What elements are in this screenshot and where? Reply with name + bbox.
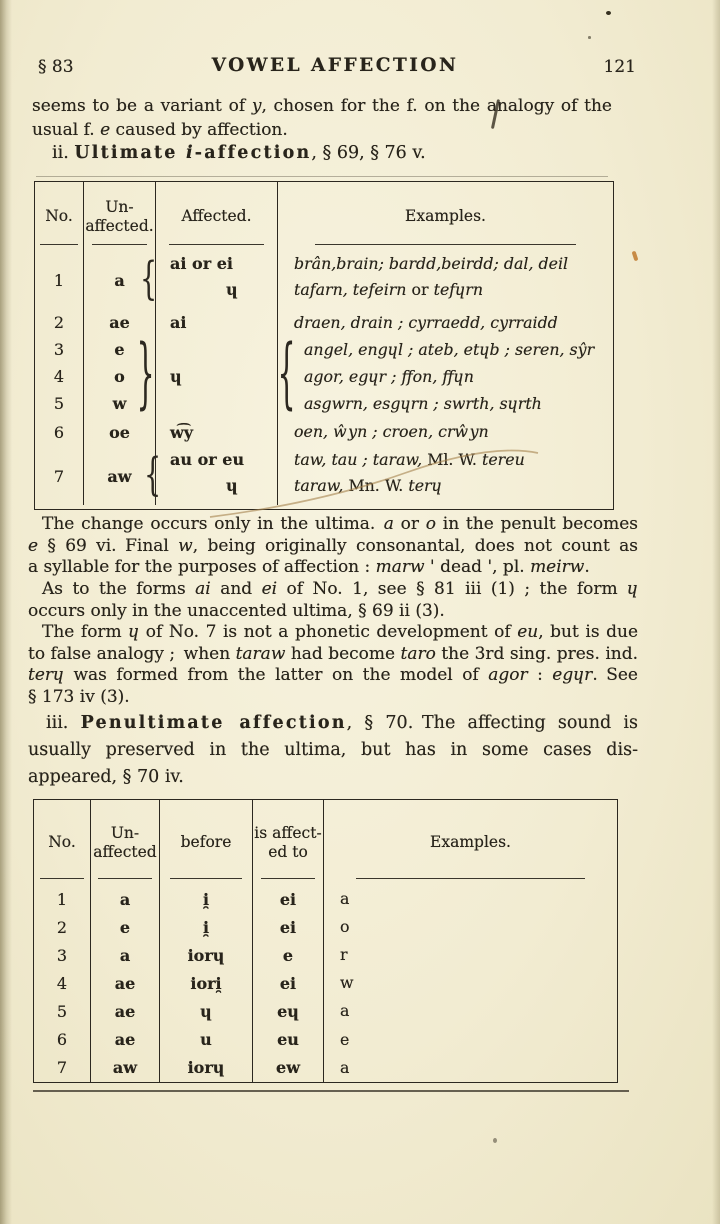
text-line: e § 69 vi. Final w, being originally con… <box>28 536 638 558</box>
cell-affected-to: ei <box>253 969 324 997</box>
text-line: The change occurs only in the ultima. a … <box>28 514 638 536</box>
example-line: brân,brain; bardd,beirdd; dal, deil <box>294 251 568 277</box>
example-line: a <box>340 886 349 912</box>
cell-examples: r <box>324 941 617 969</box>
text-line: to false analogy ; when taraw had become… <box>28 644 638 666</box>
example-line: tafarn, tefeirn or tefɥrn <box>294 277 483 303</box>
paragraph-form-y-no7: The form ɥ of No. 7 is not a phonetic de… <box>28 622 638 709</box>
cell-unaffected: e <box>91 913 160 941</box>
cell-before: i̯ <box>160 913 253 941</box>
text-line: usual f. e caused by affection. <box>32 118 612 142</box>
brace: { <box>140 258 157 303</box>
text-line: The form ɥ of No. 7 is not a phonetic de… <box>28 622 638 644</box>
text-line: seems to be a variant of y, chosen for t… <box>32 94 612 118</box>
cell-affected-to: eɥ <box>253 997 324 1025</box>
cell-affected-to: ei <box>253 913 324 941</box>
cell-unaffected: a <box>91 941 160 969</box>
column-header-no: No. <box>34 800 91 885</box>
page-header: § 83 VOWEL AFFECTION 121 <box>30 55 640 81</box>
header-text: ed to <box>268 843 308 862</box>
example-line: w <box>340 970 354 996</box>
header-text: Un- <box>111 824 139 843</box>
brace: { <box>144 454 161 499</box>
cell-no: 6 <box>34 1025 91 1053</box>
text-line: As to the forms ai and ei of No. 1, see … <box>28 579 638 601</box>
cell-no: 2 <box>35 309 84 336</box>
cell-before: i or i̯ <box>160 969 253 997</box>
column-header-examples: Examples. <box>324 800 617 885</box>
page-edge-shadow <box>0 0 12 1224</box>
column-header-unaffected: Un-affected <box>91 800 160 885</box>
cell-examples: asgwrn, esgɥrn ; swrth, sɥrth <box>278 390 613 417</box>
example-line: draen, drain ; cyrraedd, cyrraidd <box>294 310 558 336</box>
brace: } <box>136 338 154 415</box>
book-page: § 83 VOWEL AFFECTION 121 seems to be a v… <box>0 0 720 1224</box>
cell-affected-to: ei <box>253 885 324 913</box>
cell-affected: ai or ei ɥ <box>156 251 278 309</box>
heading-line: iii. Penultimate affection, § 70. The af… <box>28 710 638 737</box>
cell-examples: oen, ŵyn ; croen, crŵyn <box>278 417 613 447</box>
example-line: taraw, Mn. W. terɥ <box>294 473 442 499</box>
affected-line: ɥ <box>170 473 238 499</box>
cell-unaffected: ae <box>91 969 160 997</box>
cell-affected-to: eu <box>253 1025 324 1053</box>
cell-affected-empty <box>156 336 278 363</box>
table1-top-hairline <box>36 176 608 177</box>
cell-affected-empty <box>156 390 278 417</box>
cell-unaffected: a <box>91 885 160 913</box>
ink-speck <box>606 11 611 15</box>
paragraph-forms-ai-ei: As to the forms ai and ei of No. 1, see … <box>28 579 638 622</box>
text-line: terɥ was formed from the latter on the m… <box>28 665 638 687</box>
cell-examples: taw, tau ; taraw, Ml. W. tereu taraw, Mn… <box>278 447 613 505</box>
cell-no: 3 <box>35 336 84 363</box>
heading-ultimate-i-affection: ii. Ultimate i-affection, § 69, § 76 v. <box>30 140 630 166</box>
cell-examples: a <box>324 885 617 913</box>
cell-affected-to: ew <box>253 1054 324 1082</box>
page-edge-shadow-right <box>712 0 720 1224</box>
text-line: occurs only in the unaccented ultima, § … <box>28 601 638 623</box>
cell-affected: w͡y <box>156 417 278 447</box>
header-text: Examples. <box>430 833 511 852</box>
cell-examples: e <box>324 1025 617 1053</box>
column-header-is-affected-to: is affect-ed to <box>253 800 324 885</box>
cell-before: i̯ <box>160 885 253 913</box>
cell-examples: o <box>324 913 617 941</box>
cell-no: 7 <box>35 447 84 505</box>
cell-before: i or ɥ <box>160 941 253 969</box>
table1-grid: No. Un-affected. Affected. Examples. 1 a… <box>35 182 613 509</box>
cell-no: 5 <box>35 390 84 417</box>
example-line: r <box>340 942 348 968</box>
paragraph-change-ultima: The change occurs only in the ultima. a … <box>28 514 638 579</box>
column-header-no: No. <box>35 182 84 251</box>
intro-paragraph: seems to be a variant of y, chosen for t… <box>32 94 612 142</box>
cell-before: i or ɥ <box>160 1054 253 1082</box>
running-title: VOWEL AFFECTION <box>30 55 640 76</box>
text-line: a syllable for the purposes of affection… <box>28 557 638 579</box>
heading-penultimate-affection: iii. Penultimate affection, § 70. The af… <box>28 710 638 791</box>
cell-no: 1 <box>35 251 84 309</box>
ink-speck <box>493 1138 497 1143</box>
example-line: agor, egɥr ; ffon, ffɥn <box>304 364 474 390</box>
column-header-examples: Examples. <box>278 182 613 251</box>
cell-unaffected: aw <box>91 1054 160 1082</box>
header-text: before <box>181 833 232 852</box>
penultimate-affection-table: No. Un-affected before is affect-ed to E… <box>33 799 618 1083</box>
cell-before: u <box>160 1025 253 1053</box>
cell-affected-to: e <box>253 941 324 969</box>
affected-line: au or eu <box>170 447 244 473</box>
cell-examples: w <box>324 969 617 997</box>
cell-examples: angel, engɥl ; ateb, etɥb ; seren, sŷr <box>278 336 613 363</box>
page-number: 121 <box>604 57 636 77</box>
header-text: Un- <box>105 198 133 217</box>
example-line: oen, ŵyn ; croen, crŵyn <box>294 419 489 445</box>
heading-line: usually preserved in the ultima, but has… <box>28 737 638 764</box>
column-header-unaffected: Un-affected. <box>84 182 156 251</box>
ink-speck <box>588 36 591 39</box>
affected-line: ɥ <box>170 277 238 303</box>
example-line: a <box>340 1055 349 1081</box>
header-text: is affect- <box>254 824 321 843</box>
cell-examples: agor, egɥr ; ffon, ffɥn <box>278 363 613 390</box>
cell-affected: au or eu ɥ <box>156 447 278 505</box>
example-line: o <box>340 914 350 940</box>
cell-examples: a <box>324 997 617 1025</box>
cell-no: 5 <box>34 997 91 1025</box>
header-text: affected. <box>85 217 153 236</box>
example-line: angel, engɥl ; ateb, etɥb ; seren, sŷr <box>304 337 594 363</box>
cell-no: 4 <box>34 969 91 997</box>
cell-no: 7 <box>34 1054 91 1082</box>
example-line: taw, tau ; taraw, Ml. W. tereu <box>294 447 525 473</box>
example-line: a <box>340 998 349 1024</box>
cell-examples: a <box>324 1054 617 1082</box>
example-line: e <box>340 1027 349 1053</box>
column-header-before: before <box>160 800 253 885</box>
table2-grid: No. Un-affected before is affect-ed to E… <box>34 800 617 1082</box>
cell-no: 4 <box>35 363 84 390</box>
cell-affected: ɥ <box>156 363 278 390</box>
brace: { <box>277 338 295 415</box>
example-line: asgwrn, esgɥrn ; swrth, sɥrth <box>304 391 542 417</box>
header-text: affected <box>93 843 156 862</box>
heading-line: ii. Ultimate i-affection, § 69, § 76 v. <box>30 140 630 166</box>
header-text: No. <box>45 207 73 226</box>
cell-before: ɥ <box>160 997 253 1025</box>
cell-affected: ai <box>156 309 278 336</box>
cell-examples: draen, drain ; cyrraedd, cyrraidd <box>278 309 613 336</box>
affected-line: ai or ei <box>170 251 233 277</box>
heading-line: appeared, § 70 iv. <box>28 764 638 791</box>
cell-no: 2 <box>34 913 91 941</box>
header-text: Affected. <box>181 207 251 226</box>
text-line: § 173 iv (3). <box>28 687 638 709</box>
ultimate-affection-table: No. Un-affected. Affected. Examples. 1 a… <box>34 181 614 510</box>
cell-examples: brân,brain; bardd,beirdd; dal, deil tafa… <box>278 251 613 309</box>
cell-unaffected: oe <box>84 417 156 447</box>
table2-bottom-rule <box>33 1090 629 1092</box>
header-text: Examples. <box>405 207 486 226</box>
header-text: No. <box>48 833 76 852</box>
column-header-affected: Affected. <box>156 182 278 251</box>
cell-no: 1 <box>34 885 91 913</box>
cell-unaffected: ae <box>91 1025 160 1053</box>
ink-fleck <box>632 251 639 262</box>
cell-no: 3 <box>34 941 91 969</box>
cell-unaffected: ae <box>91 997 160 1025</box>
cell-no: 6 <box>35 417 84 447</box>
